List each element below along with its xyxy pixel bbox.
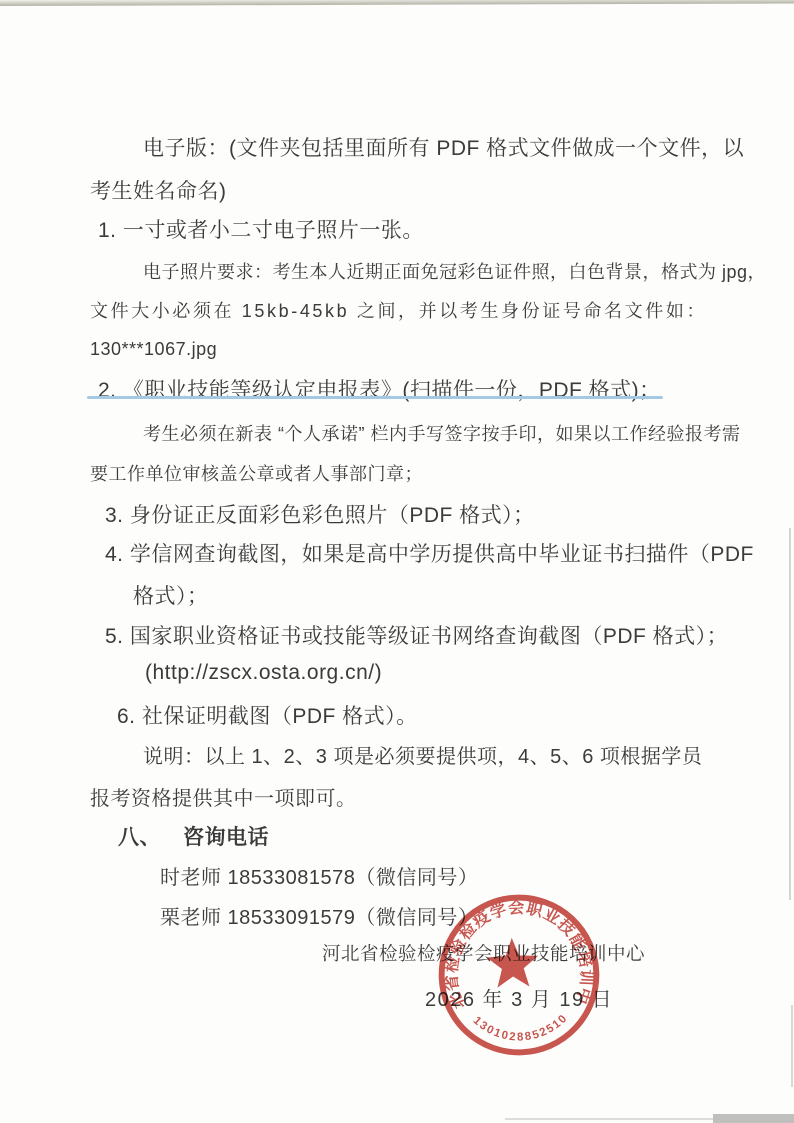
section-8-title: 咨询电话 — [183, 826, 269, 849]
item2-note-line-2: 要工作单位审核盖公章或者人事部门章； — [90, 460, 423, 486]
list-item-4-line-2: 格式）； — [133, 580, 209, 610]
remark-line-1: 说明：以上 1、2、3 项是必须要提供项，4、5、6 项根据学员 — [143, 740, 702, 769]
section-8-heading: 八、咨询电话 — [118, 821, 269, 851]
list-item-3: 3. 身份证正反面彩色彩色照片（PDF 格式）； — [105, 499, 535, 529]
scan-edge-right — [789, 528, 791, 900]
intro-line-1: 电子版：(文件夹包括里面所有 PDF 格式文件做成一个文件，以 — [143, 132, 744, 162]
photo-filename-example: 130***1067.jpg — [90, 339, 217, 360]
scan-edge-bottom-corner — [713, 1114, 794, 1123]
scanned-document-page: 电子版：(文件夹包括里面所有 PDF 格式文件做成一个文件，以 考生姓名命名) … — [0, 0, 794, 1123]
list-item-4-line-1: 4. 学信网查询截图，如果是高中学历提供高中毕业证书扫描件（PDF — [105, 538, 754, 568]
intro-line-2: 考生姓名命名) — [90, 175, 227, 205]
photo-requirement-line-1: 电子照片要求：考生本人近期正面免冠彩色证件照，白色背景，格式为 jpg， — [143, 258, 766, 284]
photo-requirement-line-2: 文件大小必须在 15kb-45kb 之间，并以考生身份证号命名文件如： — [90, 297, 707, 323]
item2-note-line-1: 考生必须在新表 “个人承诺” 栏内手写签字按手印，如果以工作经验报考需 — [143, 420, 741, 446]
item5-url: (http://zscx.osta.org.cn/) — [145, 661, 382, 685]
section-8-marker: 八、 — [118, 826, 161, 849]
list-item-2: 2. 《职业技能等级认定申报表》(扫描件一份，PDF 格式)； — [98, 374, 661, 404]
red-star-icon — [486, 937, 539, 988]
list-item-6: 6. 社保证明截图（PDF 格式）。 — [117, 700, 418, 730]
official-seal: 河北省检验检疫学会职业技能培训中心 1301028852510 — [431, 887, 607, 1063]
scan-edge-right-lower — [791, 1005, 793, 1087]
scan-edge-top — [0, 0, 794, 6]
item2-highlight-underline — [87, 396, 663, 399]
list-item-5: 5. 国家职业资格证书或技能等级证书网络查询截图（PDF 格式）； — [105, 620, 728, 650]
list-item-1: 1. 一寸或者小二寸电子照片一张。 — [98, 214, 424, 244]
contact-phone-1: 时老师 18533081578（微信同号） — [160, 861, 478, 890]
remark-line-2: 报考资格提供其中一项即可。 — [90, 782, 357, 811]
